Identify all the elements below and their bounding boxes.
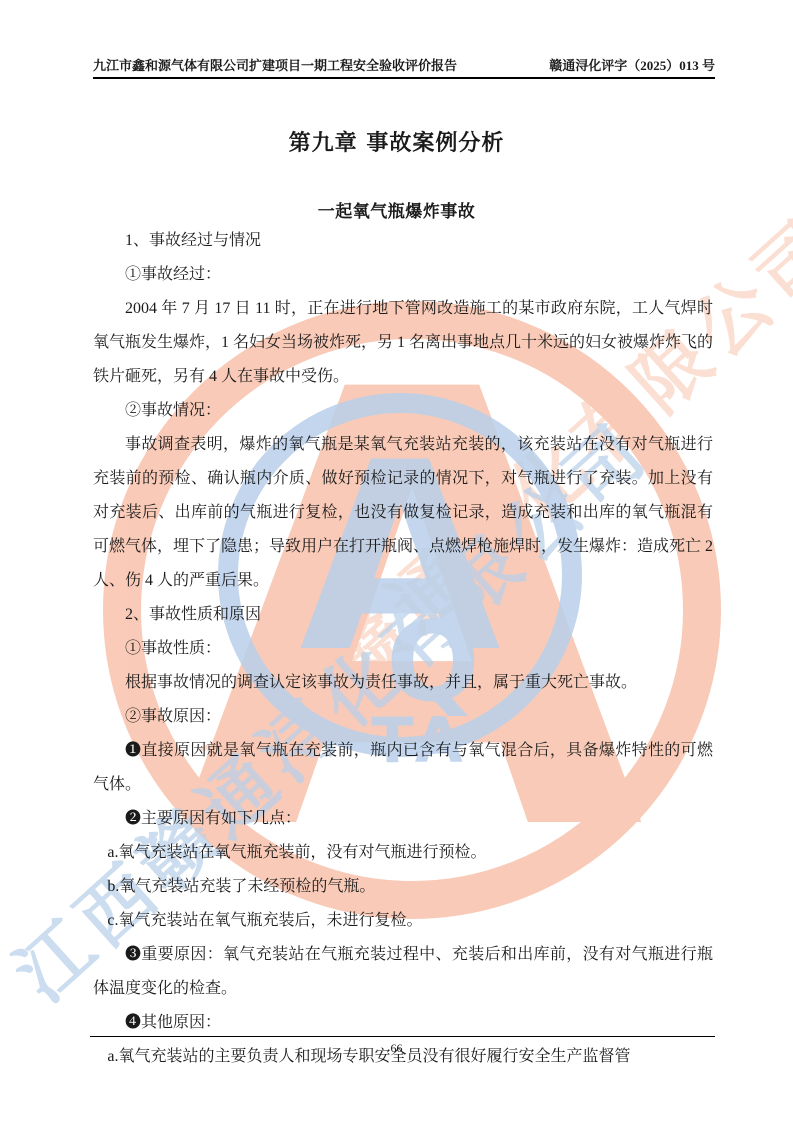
header-report-title: 九江市鑫和源气体有限公司扩建项目一期工程安全验收评价报告 [93,55,457,74]
paragraph: b.氧气充装站充装了未经预检的气瓶。 [93,870,713,904]
paragraph: a.氧气充装站在氧气瓶充装前，没有对气瓶进行预检。 [93,836,713,870]
paragraph: ❶直接原因就是氧气瓶在充装前，瓶内已含有与氧气混合后，具备爆炸特性的可燃气体。 [93,734,713,802]
document-page: A 江西赣通浔化有限公司 A Q TA 江西赣通浔化有限公司 九江市鑫和源气体有… [0,0,793,1122]
paragraph: 1、事故经过与情况 [93,224,713,258]
paragraph: c.氧气充装站在氧气瓶充装后，未进行复检。 [93,904,713,938]
section-title: 一起氧气瓶爆炸事故 [0,197,793,222]
paragraph: ❹其他原因： [93,1006,713,1040]
body-paragraphs: 1、事故经过与情况①事故经过：2004 年 7 月 17 日 11 时，正在进行… [93,224,713,1074]
paragraph: 2、事故性质和原因 [93,598,713,632]
paragraph: 根据事故情况的调查认定该事故为责任事故，并且，属于重大死亡事故。 [93,666,713,700]
paragraph: ❷主要原因有如下几点： [93,802,713,836]
paragraph: ②事故情况： [93,394,713,428]
paragraph: 2004 年 7 月 17 日 11 时，正在进行地下管网改造施工的某市政府东院… [93,292,713,394]
page-header: 九江市鑫和源气体有限公司扩建项目一期工程安全验收评价报告 赣通浔化评字（2025… [93,55,715,79]
footer-divider [90,1036,715,1037]
paragraph: ②事故原因： [93,700,713,734]
paragraph: ①事故性质： [93,632,713,666]
paragraph: ①事故经过： [93,258,713,292]
paragraph: 事故调查表明，爆炸的氧气瓶是某氧气充装站充装的，该充装站在没有对气瓶进行充装前的… [93,428,713,598]
page-number: 66 [0,1041,793,1056]
chapter-title: 第九章 事故案例分析 [0,126,793,157]
paragraph: ❸重要原因：氧气充装站在气瓶充装过程中、充装后和出库前，没有对气瓶进行瓶体温度变… [93,938,713,1006]
header-doc-number: 赣通浔化评字（2025）013 号 [549,55,715,74]
